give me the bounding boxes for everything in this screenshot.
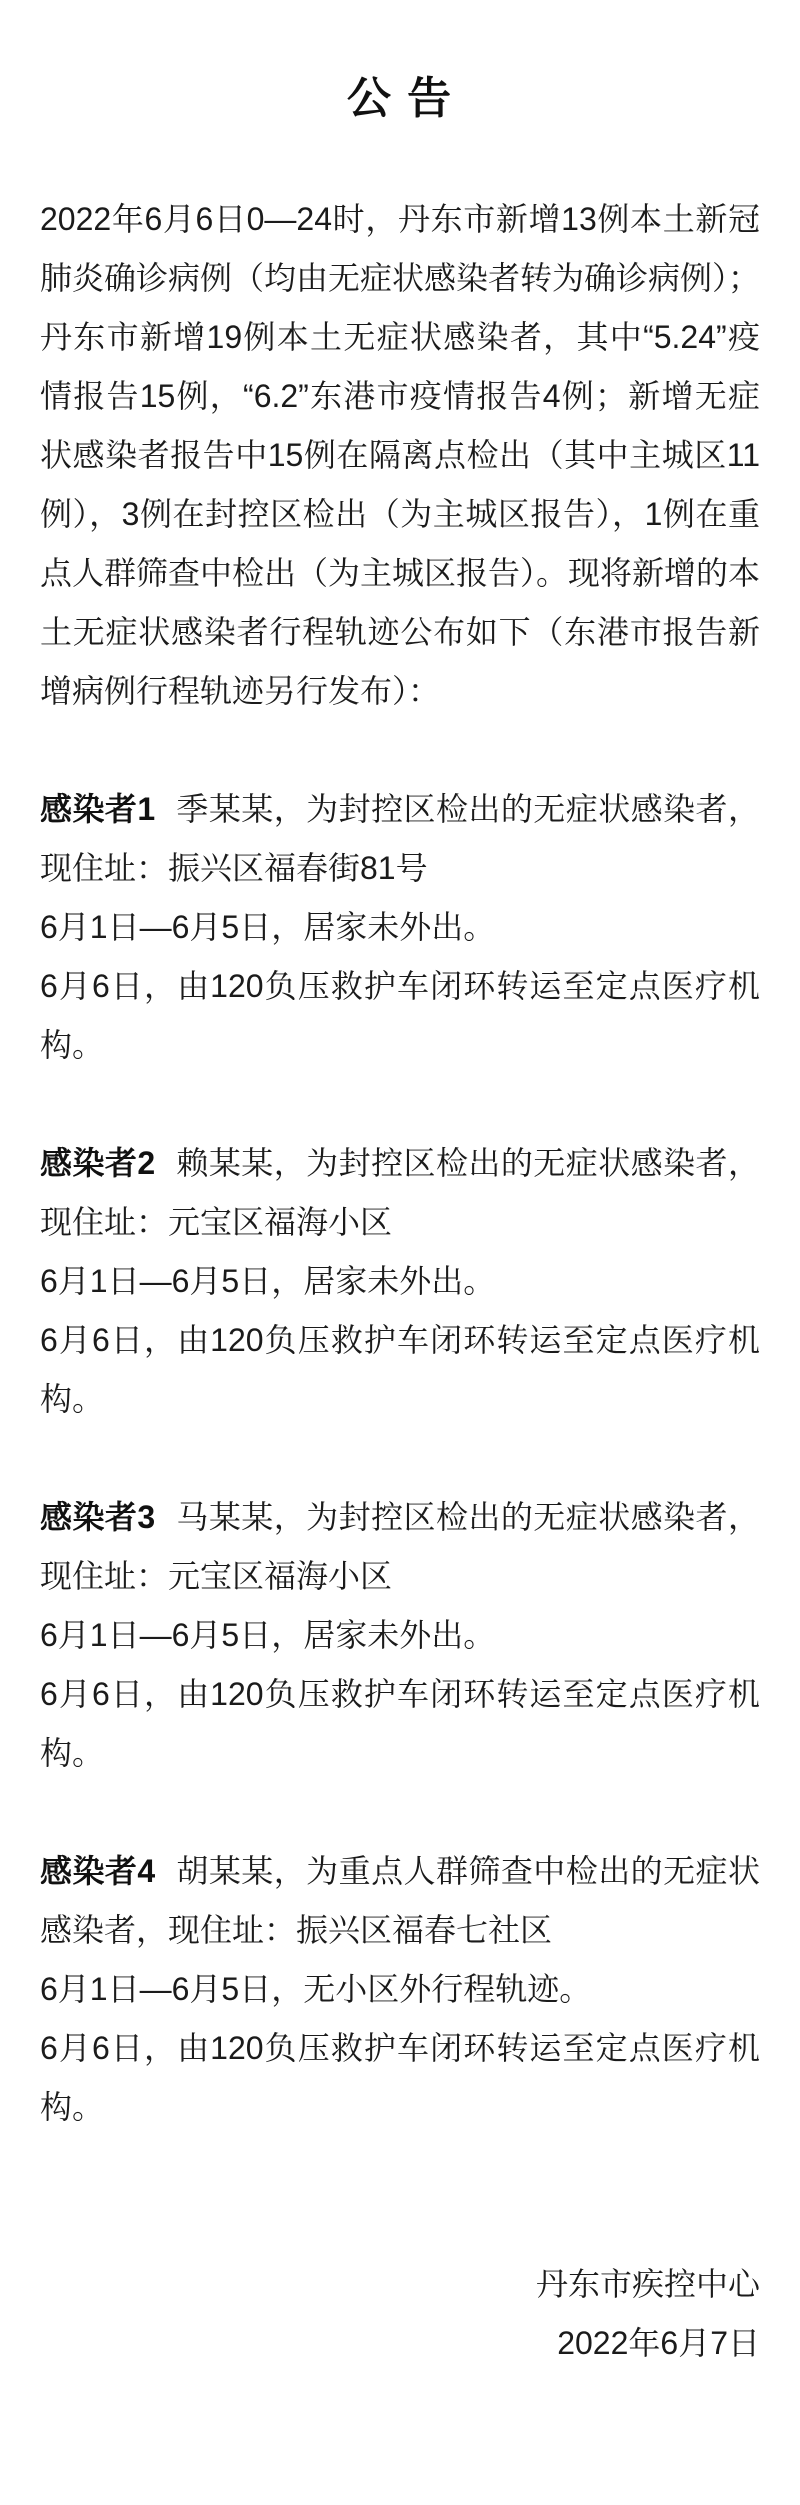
case-block-2: 感染者2赖某某，为封控区检出的无症状感染者，现住址：元宝区福海小区 6月1日—6… (40, 1134, 760, 1429)
intro-paragraph: 2022年6月6日0—24时，丹东市新增13例本土新冠肺炎确诊病例（均由无症状感… (40, 190, 760, 721)
case-track-line: 6月1日—6月5日，居家未外出。 (40, 1606, 760, 1665)
case-track-line: 6月6日，由120负压救护车闭环转运至定点医疗机构。 (40, 957, 760, 1075)
announcement-page: 公 告 2022年6月6日0—24时，丹东市新增13例本土新冠肺炎确诊病例（均由… (0, 0, 800, 2505)
case-track-line: 6月6日，由120负压救护车闭环转运至定点医疗机构。 (40, 1311, 760, 1429)
case-label: 感染者1 (40, 791, 155, 827)
case-label: 感染者4 (40, 1853, 155, 1889)
signature-org: 丹东市疾控中心 (40, 2255, 760, 2314)
case-head: 感染者2赖某某，为封控区检出的无症状感染者，现住址：元宝区福海小区 (40, 1134, 760, 1252)
case-label: 感染者3 (40, 1499, 155, 1535)
page-title: 公 告 (40, 74, 760, 124)
case-head: 感染者1季某某，为封控区检出的无症状感染者，现住址：振兴区福春街81号 (40, 780, 760, 898)
case-track-line: 6月1日—6月5日，居家未外出。 (40, 898, 760, 957)
case-track-line: 6月1日—6月5日，无小区外行程轨迹。 (40, 1960, 760, 2019)
case-label: 感染者2 (40, 1145, 155, 1181)
case-track-line: 6月6日，由120负压救护车闭环转运至定点医疗机构。 (40, 2019, 760, 2137)
case-track-line: 6月6日，由120负压救护车闭环转运至定点医疗机构。 (40, 1665, 760, 1783)
case-track-line: 6月1日—6月5日，居家未外出。 (40, 1252, 760, 1311)
case-head: 感染者3马某某，为封控区检出的无症状感染者，现住址：元宝区福海小区 (40, 1488, 760, 1606)
case-block-1: 感染者1季某某，为封控区检出的无症状感染者，现住址：振兴区福春街81号 6月1日… (40, 780, 760, 1075)
case-block-4: 感染者4胡某某，为重点人群筛查中检出的无症状感染者，现住址：振兴区福春七社区 6… (40, 1842, 760, 2137)
case-head: 感染者4胡某某，为重点人群筛查中检出的无症状感染者，现住址：振兴区福春七社区 (40, 1842, 760, 1960)
signature-date: 2022年6月7日 (40, 2314, 760, 2373)
case-block-3: 感染者3马某某，为封控区检出的无症状感染者，现住址：元宝区福海小区 6月1日—6… (40, 1488, 760, 1783)
signature-block: 丹东市疾控中心 2022年6月7日 (40, 2255, 760, 2373)
